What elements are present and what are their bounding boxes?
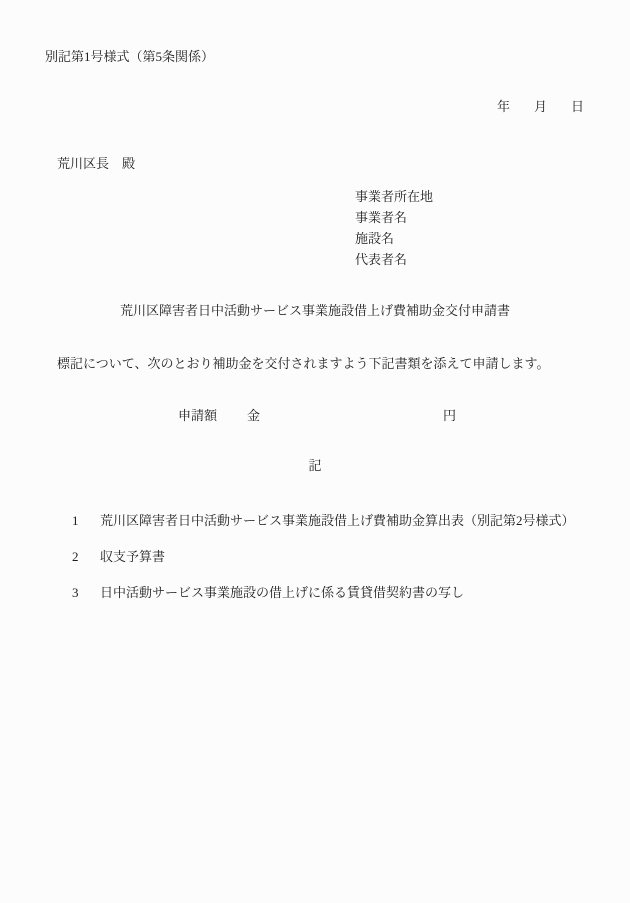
amount-prefix: 金 — [247, 408, 260, 424]
attachment-text: 荒川区障害者日中活動サービス事業施設借上げ費補助金算出表（別記第2号様式） — [100, 513, 575, 528]
body-paragraph: 標記について、次のとおり補助金を交付されますよう下記書類を添えて申請します。 — [57, 356, 549, 372]
addressee: 荒川区長 殿 — [57, 156, 135, 172]
date-day-label: 日 — [571, 99, 584, 115]
applicant-address-label: 事業者所在地 — [355, 186, 433, 207]
applicant-facility-name-label: 施設名 — [355, 228, 433, 249]
date-line: 年 月 日 — [497, 99, 584, 115]
date-year-label: 年 — [497, 99, 510, 115]
attachment-number: 1 — [72, 513, 100, 529]
amount-suffix: 円 — [443, 408, 456, 424]
application-form-page: 別記第1号様式（第5条関係） 年 月 日 荒川区長 殿 事業者所在地 事業者名 … — [0, 0, 630, 903]
amount-line: 申請額 金 円 — [0, 408, 630, 424]
document-title: 荒川区障害者日中活動サービス事業施設借上げ費補助金交付申請書 — [0, 303, 630, 319]
list-heading: 記 — [0, 458, 630, 474]
applicant-representative-name-label: 代表者名 — [355, 249, 433, 270]
attachment-number: 2 — [72, 549, 100, 565]
amount-label: 申請額 — [178, 408, 217, 424]
form-number: 別記第1号様式（第5条関係） — [45, 49, 214, 65]
attachment-item: 2収支予算書 — [72, 549, 165, 565]
attachment-text: 日中活動サービス事業施設の借上げに係る賃貸借契約書の写し — [100, 585, 464, 600]
date-month-label: 月 — [534, 99, 547, 115]
attachment-number: 3 — [72, 585, 100, 601]
applicant-business-name-label: 事業者名 — [355, 207, 433, 228]
attachment-item: 1荒川区障害者日中活動サービス事業施設借上げ費補助金算出表（別記第2号様式） — [72, 513, 575, 529]
applicant-block: 事業者所在地 事業者名 施設名 代表者名 — [355, 186, 433, 270]
attachment-text: 収支予算書 — [100, 549, 165, 564]
attachment-item: 3日中活動サービス事業施設の借上げに係る賃貸借契約書の写し — [72, 585, 464, 601]
